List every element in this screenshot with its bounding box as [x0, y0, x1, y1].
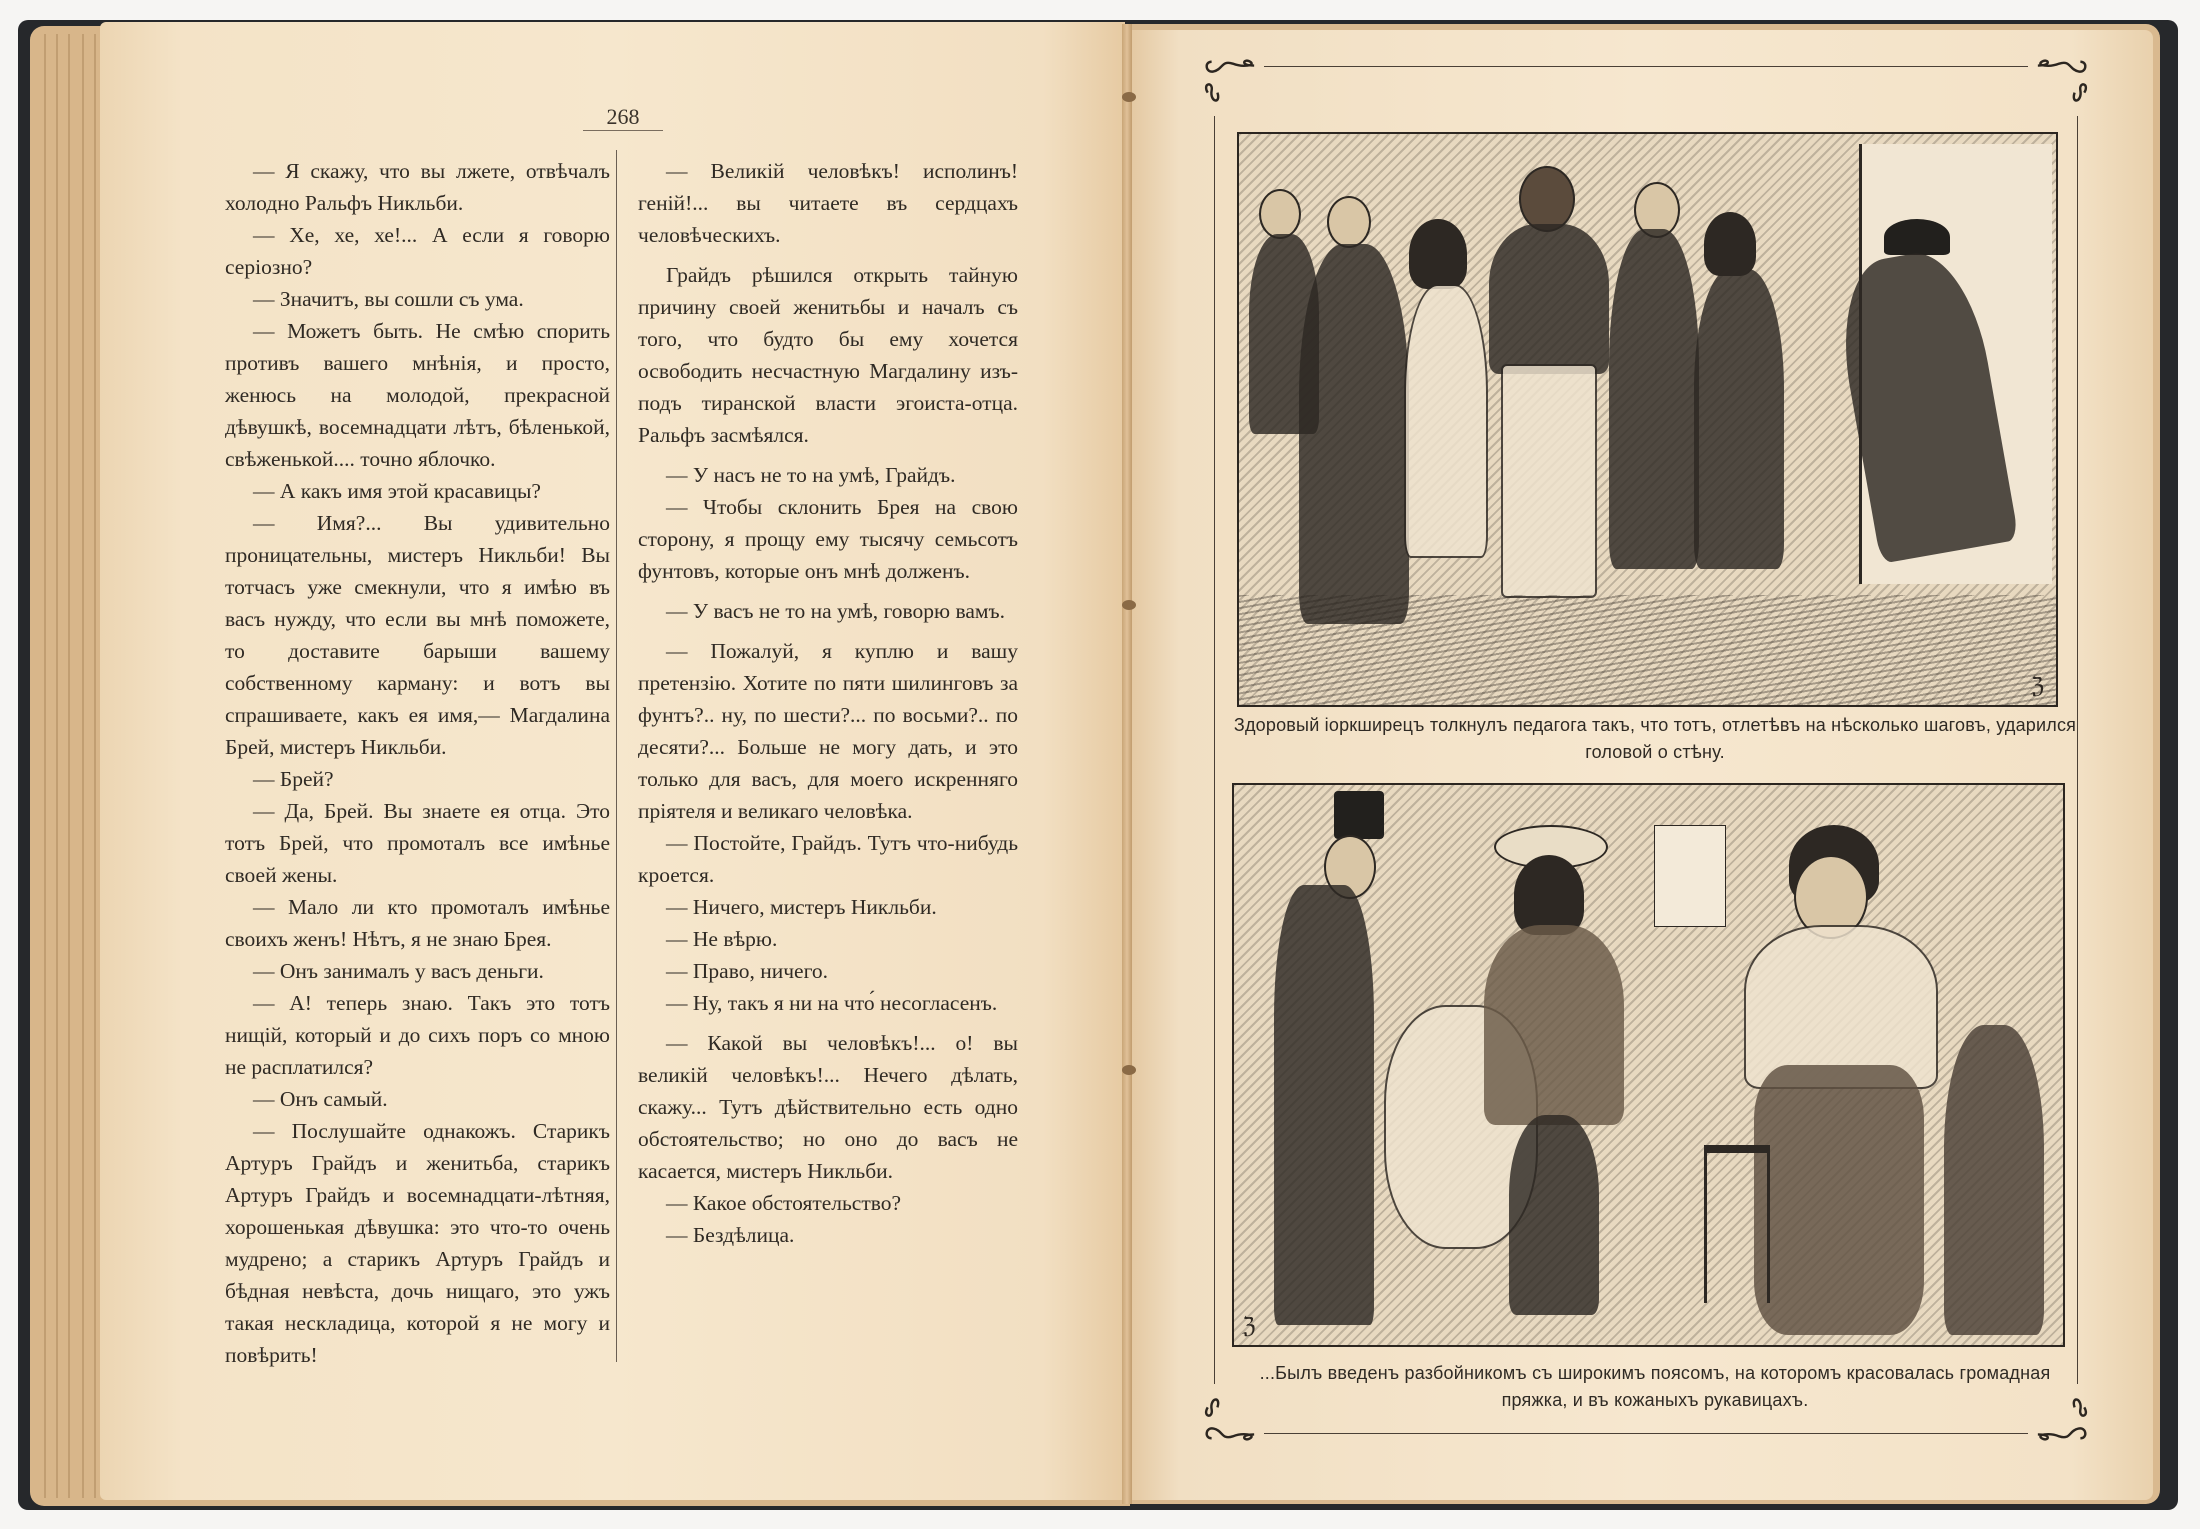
illustration-bottom: ℨ: [1232, 783, 2065, 1347]
illustration-top: ℨ: [1237, 132, 2058, 707]
paragraph: — Не вѣрю.: [638, 923, 1018, 955]
figure-hair: [1704, 212, 1756, 276]
text-column-left: — Я скажу, что вы лжете, отвѣчалъ холодн…: [225, 155, 610, 1371]
top-hat: [1334, 791, 1384, 839]
paragraph: — Ничего, мистеръ Никльби.: [638, 891, 1018, 923]
figure: [1609, 229, 1699, 569]
paragraph: — Какой вы человѣкъ!... о! вы великій че…: [638, 1027, 1018, 1187]
paragraph: — Великій человѣкъ! исполинъ! геній!... …: [638, 155, 1018, 251]
figure-hat: [1884, 219, 1950, 255]
paragraph: — Бездѣлица.: [638, 1219, 1018, 1251]
binding-stitch: [1122, 1065, 1136, 1075]
paragraph: Грайдъ рѣшился открыть тайную причину св…: [638, 259, 1018, 451]
paragraph: — Хе, хе, хе!... А если я говорю серіозн…: [225, 219, 610, 283]
paragraph: — Право, ничего.: [638, 955, 1018, 987]
figure-head: [1259, 189, 1301, 239]
hanging-coat: [1944, 1025, 2044, 1335]
corner-flourish-icon: [2034, 54, 2092, 112]
floor: [1239, 595, 2056, 705]
figure: [1484, 925, 1624, 1125]
figure: [1299, 244, 1409, 624]
figure-hair: [1514, 855, 1584, 935]
paragraph: — Брей?: [225, 763, 610, 795]
paragraph: — Да, Брей. Вы знаете ея отца. Это тотъ …: [225, 795, 610, 891]
paragraph: — А! теперь знаю. Такъ это тотъ нищій, к…: [225, 987, 610, 1083]
paragraph: — А какъ имя этой красавицы?: [225, 475, 610, 507]
page-number-rule: [583, 130, 663, 131]
book-gutter: [1122, 24, 1132, 1504]
figure: [1489, 224, 1609, 374]
paragraph: — Имя?... Вы удивительно проницательны, …: [225, 507, 610, 763]
paragraph: — Ну, такъ я ни на что́ несогласенъ.: [638, 987, 1018, 1019]
wall-poster: [1654, 825, 1726, 927]
text-column-right: — Великій человѣкъ! исполинъ! геній!... …: [638, 155, 1018, 1251]
paragraph: — У васъ не то на умѣ, говорю вамъ.: [638, 595, 1018, 627]
figure-head: [1519, 166, 1575, 232]
engraver-signature: ℨ: [2030, 674, 2044, 699]
paragraph: — Послушайте однакожъ. Старикъ Артуръ Гр…: [225, 1115, 610, 1371]
figure: [1501, 364, 1597, 598]
paragraph: — Онъ самый.: [225, 1083, 610, 1115]
figure-hair: [1409, 219, 1467, 289]
column-divider: [616, 150, 617, 1362]
binding-stitch: [1122, 92, 1136, 102]
paragraph: — Мало ли кто промоталъ имѣнье своихъ же…: [225, 891, 610, 955]
figure: [1694, 269, 1784, 569]
illustration-caption-top: Здоровый іоркширецъ толкнулъ педагога та…: [1225, 712, 2085, 766]
paragraph: — Значитъ, вы сошли съ ума.: [225, 283, 610, 315]
figure-head: [1327, 196, 1371, 248]
paragraph: — Можетъ быть. Не смѣю спорить противъ в…: [225, 315, 610, 475]
paragraph: — Чтобы склонить Брея на свою сторону, я…: [638, 491, 1018, 587]
page-number: 268: [583, 104, 663, 130]
paragraph: — Онъ занималъ у васъ деньги.: [225, 955, 610, 987]
stool: [1704, 1145, 1770, 1303]
binding-stitch: [1122, 600, 1136, 610]
paragraph: — Какое обстоятельство?: [638, 1187, 1018, 1219]
paragraph: — Я скажу, что вы лжете, отвѣчалъ холодн…: [225, 155, 610, 219]
engraver-signature: ℨ: [1242, 1314, 1256, 1339]
figure: [1404, 284, 1488, 558]
figure: [1509, 1115, 1599, 1315]
corner-flourish-icon: [1200, 54, 1258, 112]
figure: [1274, 885, 1374, 1325]
illustration-caption-bottom: ...Былъ введенъ разбойникомъ съ широкимъ…: [1225, 1360, 2085, 1414]
paragraph: — У насъ не то на умѣ, Грайдъ.: [638, 459, 1018, 491]
paragraph: — Пожалуй, я куплю и вашу претензію. Хот…: [638, 635, 1018, 827]
paragraph: — Постойте, Грайдъ. Тутъ что-нибудь крое…: [638, 827, 1018, 891]
figure: [1754, 1065, 1924, 1335]
